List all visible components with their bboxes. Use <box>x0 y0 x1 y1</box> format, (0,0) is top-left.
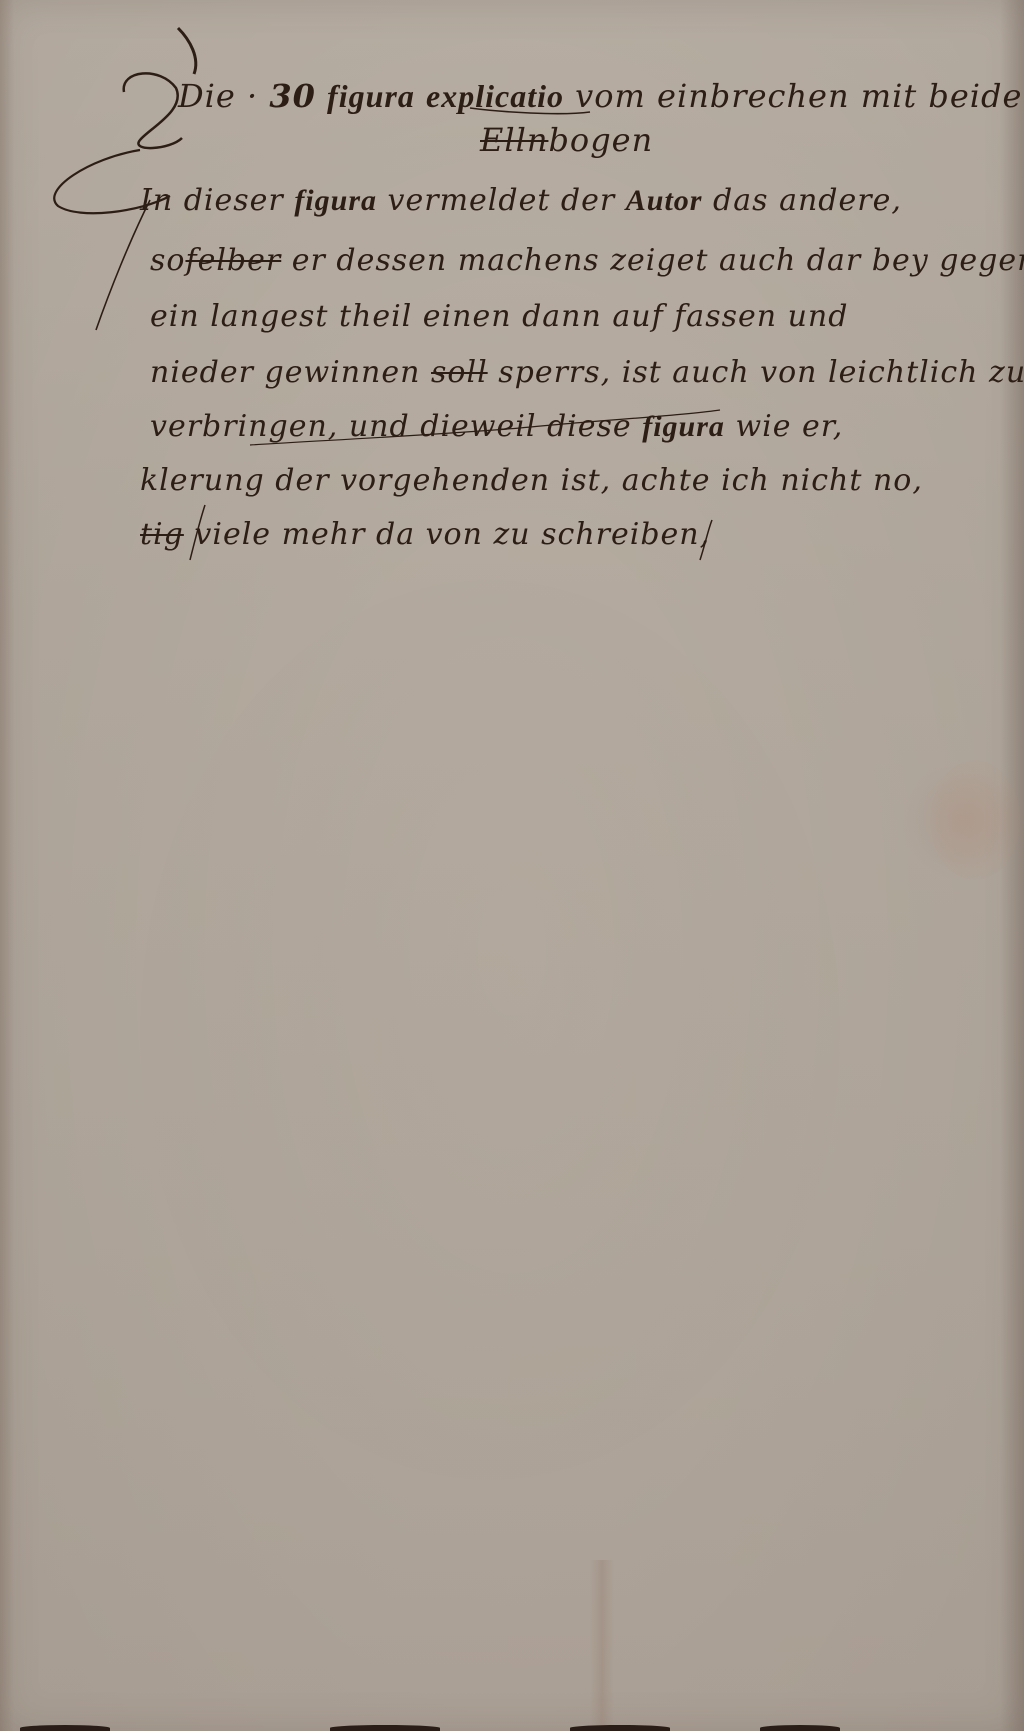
manuscript-page: Die · 30 figura explicatio vom einbreche… <box>0 0 1024 1731</box>
paper-stain <box>930 760 1020 880</box>
heading-struck-word: Elln <box>480 121 548 159</box>
heading-title: vom einbrechen mit beiden <box>575 77 1024 115</box>
body-line-5: verbringen, und dieweil diese figura wie… <box>150 412 843 442</box>
struck-word: tig <box>140 517 184 552</box>
heading-word: bogen <box>548 121 653 159</box>
body-line-6: klerung der vorgehenden ist, achte ich n… <box>140 466 923 496</box>
paper-fold <box>590 1560 614 1731</box>
body-line-7: tig viele mehr da von zu schreiben, <box>140 520 710 550</box>
heading-line-2: Ellnbogen <box>480 124 653 156</box>
heading-prefix: Die <box>178 77 236 115</box>
binding-clip <box>570 1725 670 1731</box>
heading-latin-figura: figura <box>327 78 415 114</box>
latin-autor: Autor <box>626 184 703 217</box>
heading-number: 30 <box>269 77 316 115</box>
body-line-4: nieder gewinnen soll sperrs, ist auch vo… <box>150 358 1024 388</box>
binding-clip <box>760 1725 840 1731</box>
binding-clip <box>330 1725 440 1731</box>
body-line-2: sofelber er dessen machens zeiget auch d… <box>150 246 1024 276</box>
latin-figura: figura <box>642 410 725 443</box>
binding-clip <box>20 1725 110 1731</box>
latin-figura: figura <box>294 184 377 217</box>
body-line-3: ein langest theil einen dann auf fassen … <box>150 302 848 332</box>
paper-stain <box>140 580 840 1480</box>
body-line-1: In dieser figura vermeldet der Autor das… <box>140 186 902 216</box>
heading-latin-explicatio: explicatio <box>426 78 564 114</box>
struck-word: soll <box>431 355 488 390</box>
struck-word: felber <box>185 243 281 278</box>
heading-line: Die · 30 figura explicatio vom einbreche… <box>178 80 1024 112</box>
